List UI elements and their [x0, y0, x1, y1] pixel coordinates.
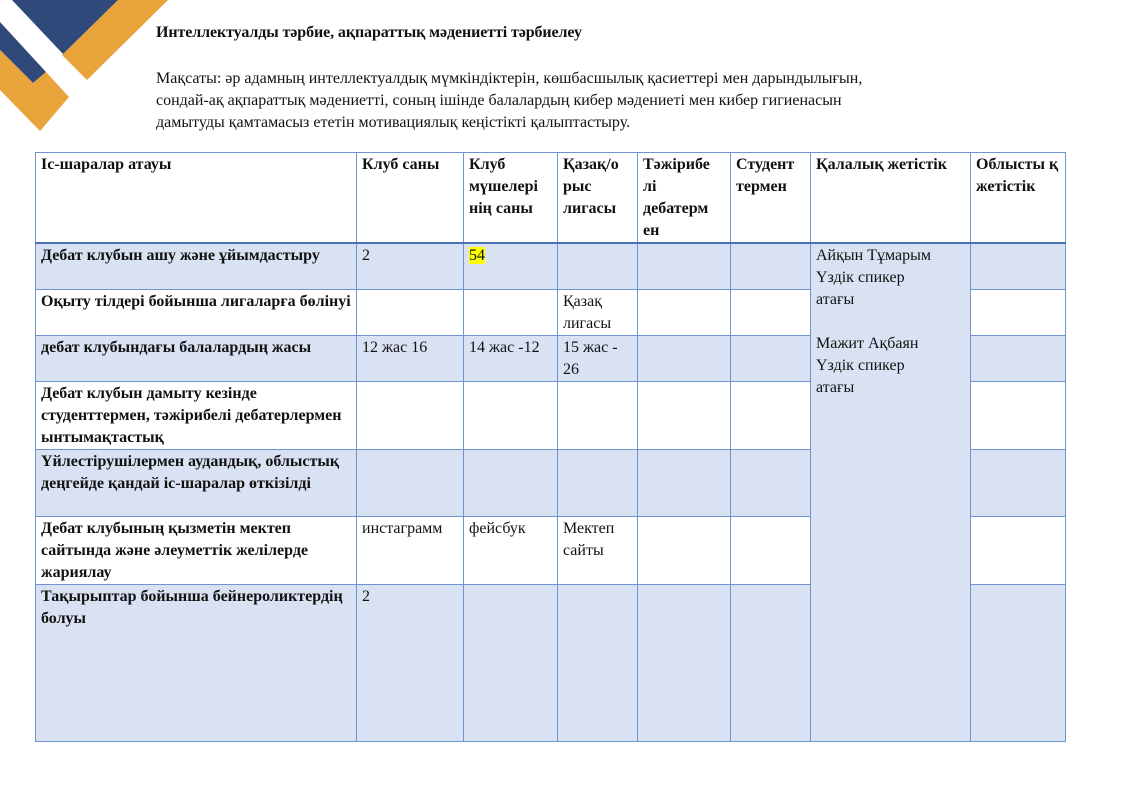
header-club-count: Клуб саны: [357, 153, 464, 244]
oblast-cell: [971, 516, 1066, 584]
table-cell: [638, 584, 731, 741]
table-cell: [638, 449, 731, 516]
highlighted-value: 54: [469, 247, 485, 264]
table-cell: [638, 289, 731, 335]
activity-name: Тақырыптар бойынша бейнероликтердің болу…: [36, 584, 357, 741]
table-cell: 2: [357, 584, 464, 741]
oblast-cell: [971, 449, 1066, 516]
header-activity-name: Іс-шаралар атауы: [36, 153, 357, 244]
table-cell: 2: [357, 243, 464, 289]
table-cell: [464, 289, 558, 335]
table-cell: [638, 243, 731, 289]
table-cell: [357, 381, 464, 449]
document-title: Интеллектуалды тәрбие, ақпараттық мәдени…: [156, 24, 582, 42]
activity-name: Оқыту тілдері бойынша лигаларға бөлінуі: [36, 289, 357, 335]
oblast-cell: [971, 335, 1066, 381]
oblast-cell: [971, 243, 1066, 289]
table-cell: Мектеп сайты: [558, 516, 638, 584]
table-cell: [731, 335, 811, 381]
table-cell: [464, 381, 558, 449]
table-cell: 14 жас -12: [464, 335, 558, 381]
activity-name: Дебат клубының қызметін мектеп сайтында …: [36, 516, 357, 584]
oblast-cell: [971, 584, 1066, 741]
goal-paragraph: Мақсаты: әр адамның интеллектуалдық мүмк…: [156, 68, 1036, 134]
table-cell: [731, 449, 811, 516]
table-cell: [357, 289, 464, 335]
table-cell: [638, 381, 731, 449]
table-cell: [731, 584, 811, 741]
table-cell: [558, 243, 638, 289]
table-cell: [638, 516, 731, 584]
table-cell: [357, 449, 464, 516]
oblast-cell: [971, 289, 1066, 335]
header-students: Студент термен: [731, 153, 811, 244]
header-experienced-debaters: Тәжірибе лі дебатерм ен: [638, 153, 731, 244]
activity-name: Үйлестірушілермен аудандық, облыстық дең…: [36, 449, 357, 516]
goal-line: Мақсаты: әр адамның интеллектуалдық мүмк…: [156, 68, 1036, 90]
corner-chevron-logo: [0, 0, 170, 140]
header-member-count: Клуб мүшелері нің саны: [464, 153, 558, 244]
header-row: Іс-шаралар атауы Клуб саны Клуб мүшелері…: [36, 153, 1066, 244]
table-cell: 15 жас - 26: [558, 335, 638, 381]
table-cell: [638, 335, 731, 381]
table-cell: [464, 584, 558, 741]
activity-name: дебат клубындағы балалардың жасы: [36, 335, 357, 381]
table-cell: Қазақ лигасы: [558, 289, 638, 335]
table-cell: [558, 584, 638, 741]
table-cell: [558, 449, 638, 516]
oblast-cell: [971, 381, 1066, 449]
table-cell: 54: [464, 243, 558, 289]
city-achievement-cell: Айқын Тұмарым Үздік спикер атағы Мажит А…: [811, 243, 971, 741]
table-cell: фейсбук: [464, 516, 558, 584]
table-cell: [558, 381, 638, 449]
goal-line: дамытуды қамтамасыз ететін мотивациялық …: [156, 112, 1036, 134]
activity-name: Дебат клубын дамыту кезінде студенттерме…: [36, 381, 357, 449]
activity-name: Дебат клубын ашу және ұйымдастыру: [36, 243, 357, 289]
debate-club-table: Іс-шаралар атауы Клуб саны Клуб мүшелері…: [35, 152, 1066, 742]
header-oblast-achievement: Облысты қ жетістік: [971, 153, 1066, 244]
goal-line: сондай-ақ ақпараттық мәдениетті, соның і…: [156, 90, 1036, 112]
header-language-league: Қазақ/о рыс лигасы: [558, 153, 638, 244]
table-cell: инстаграмм: [357, 516, 464, 584]
table-cell: [731, 243, 811, 289]
header-city-achievement: Қалалық жетістік: [811, 153, 971, 244]
table-cell: [731, 381, 811, 449]
table-cell: [464, 449, 558, 516]
table-cell: [731, 516, 811, 584]
table-cell: [731, 289, 811, 335]
table-row: Дебат клубын ашу және ұйымдастыру 2 54 А…: [36, 243, 1066, 289]
table-cell: 12 жас 16: [357, 335, 464, 381]
